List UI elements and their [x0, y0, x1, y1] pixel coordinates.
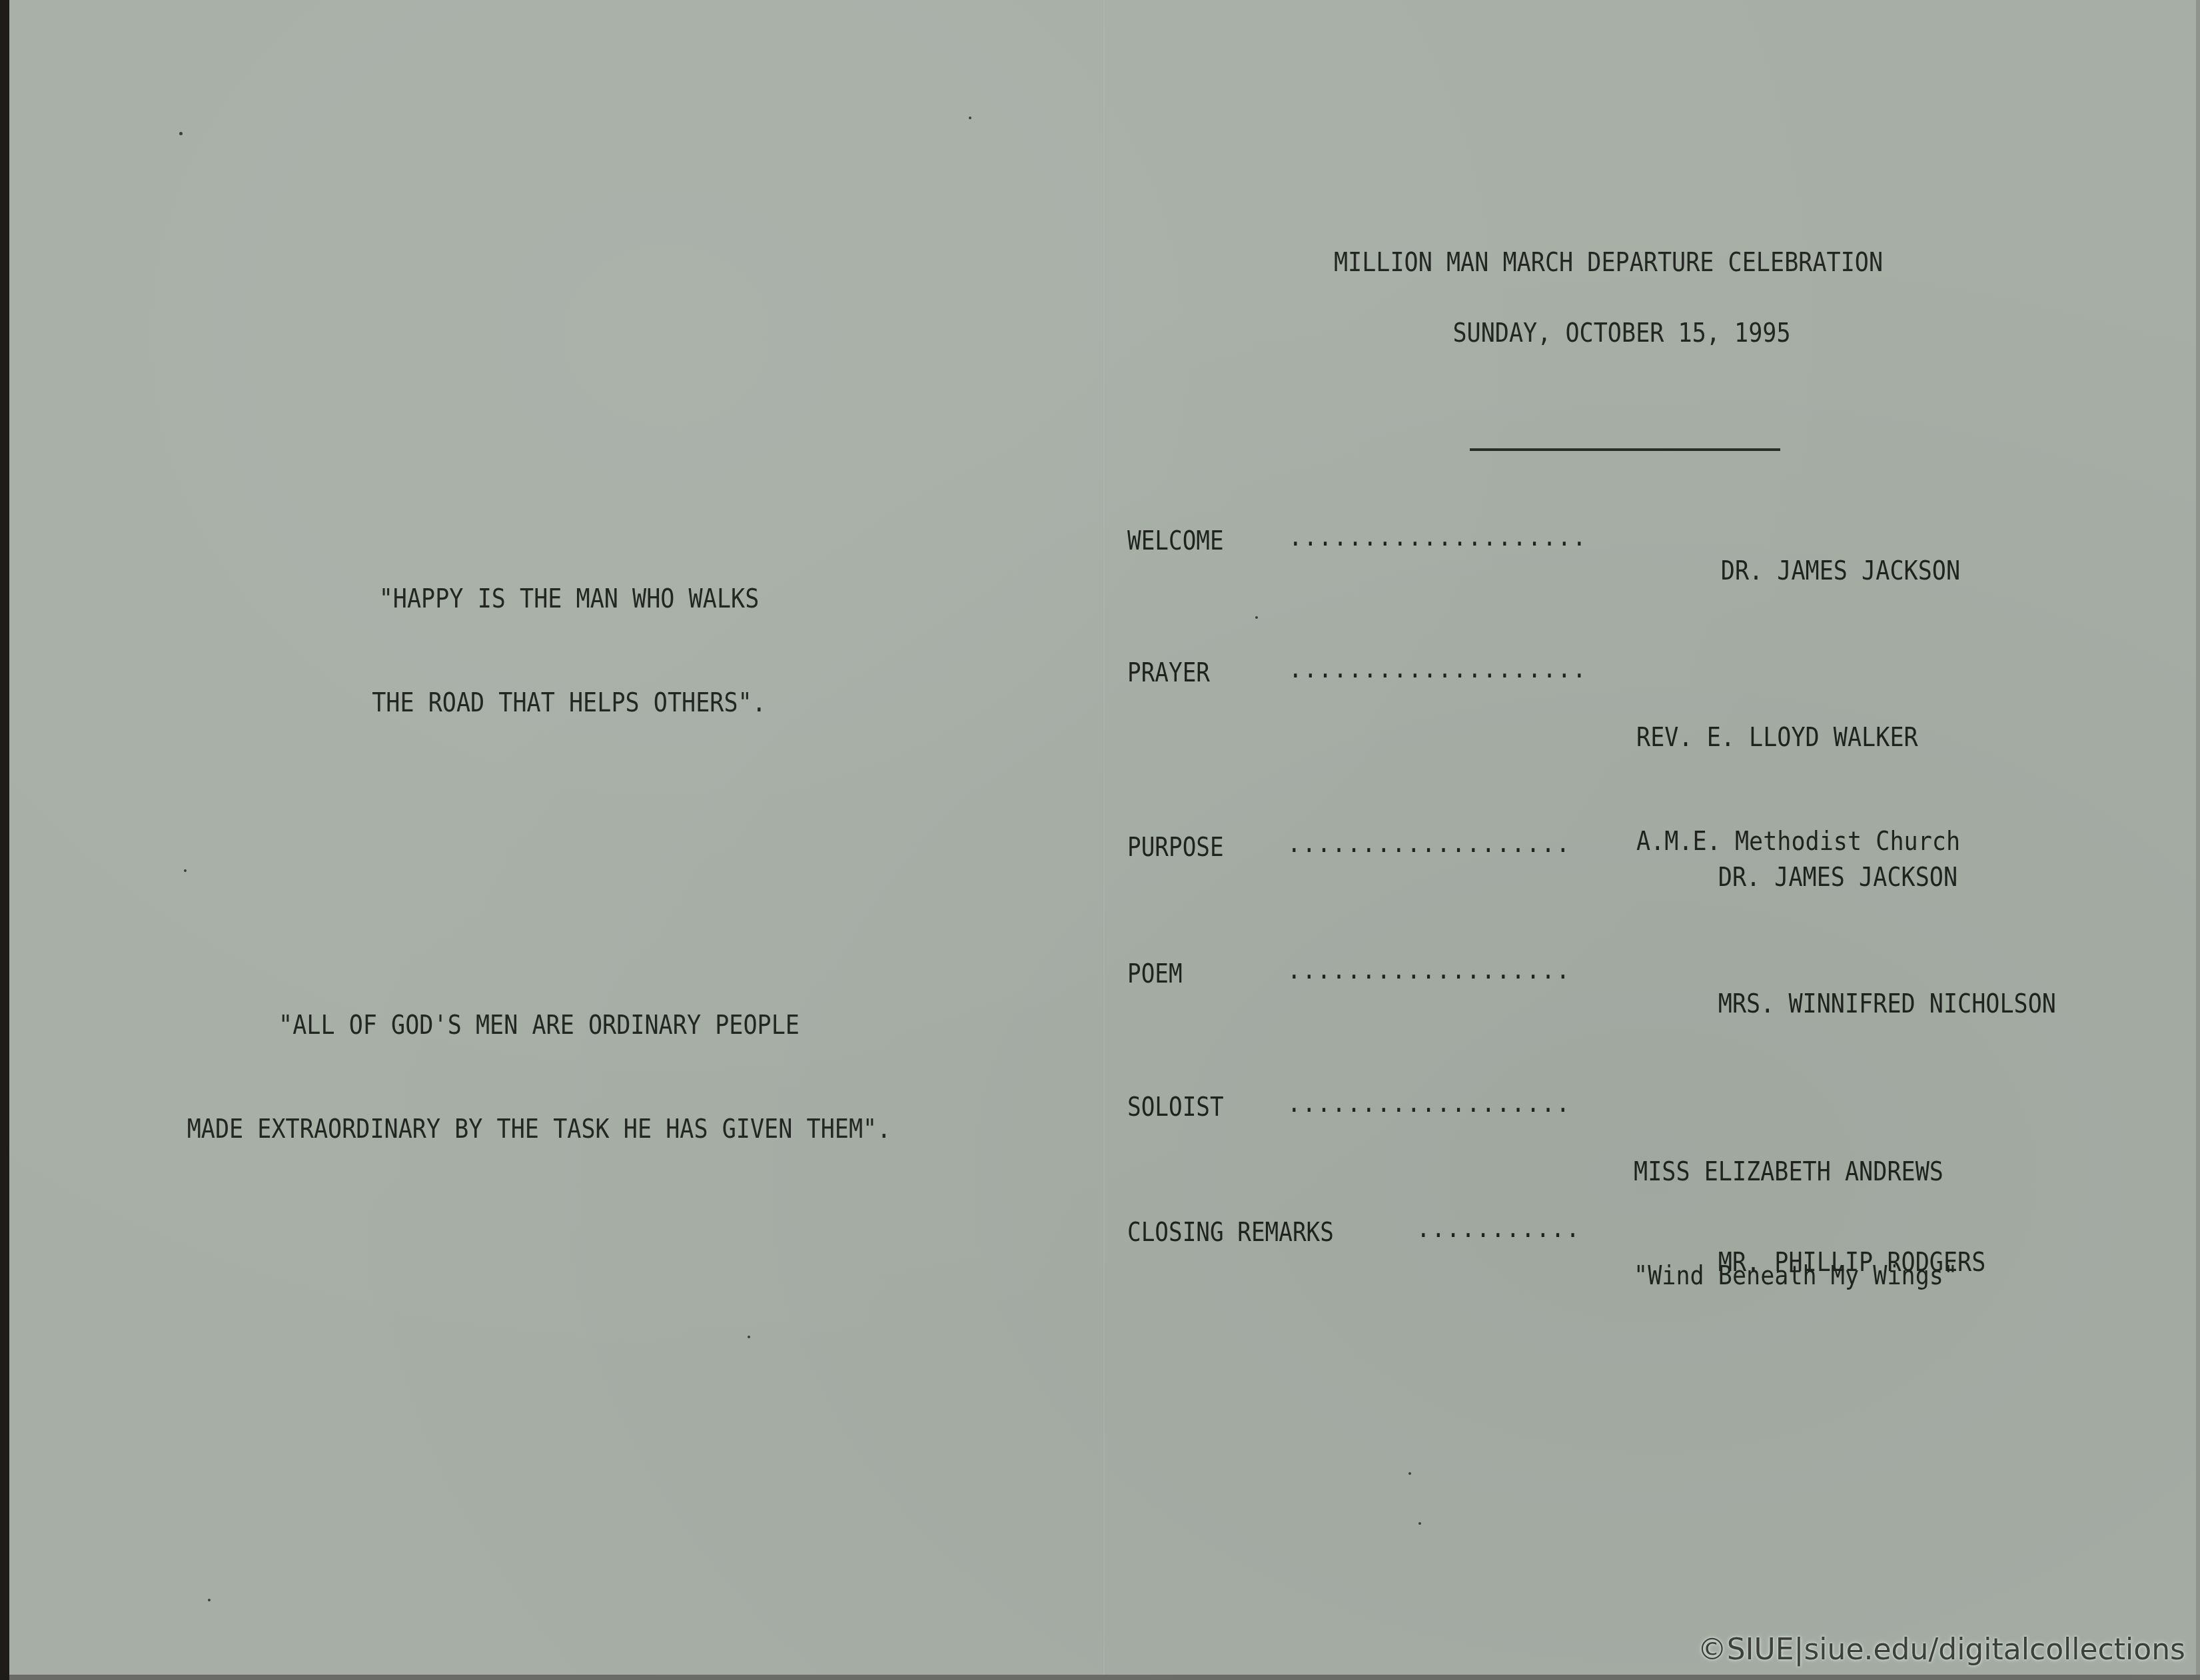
paper-speck — [184, 869, 187, 872]
person-name: MISS ELIZABETH ANDREWS — [1634, 1155, 1957, 1190]
quote-gods-men: "ALL OF GOD'S MEN ARE ORDINARY PEOPLE MA… — [153, 939, 926, 1216]
quote-line: "ALL OF GOD'S MEN ARE ORDINARY PEOPLE — [153, 1009, 926, 1043]
quote-happy-man: "HAPPY IS THE MAN WHO WALKS THE ROAD THA… — [329, 513, 809, 790]
program-row-soloist: SOLOIST ................... MISS ELIZABE… — [1127, 1092, 2093, 1172]
program-role: CLOSING REMARKS — [1127, 1218, 1334, 1248]
dot-leader: ................... — [1287, 829, 1571, 859]
person-name: REV. E. LLOYD WALKER — [1636, 721, 1960, 755]
quote-line: "HAPPY IS THE MAN WHO WALKS — [329, 582, 809, 617]
paper-speck — [969, 117, 971, 119]
paper-edge — [2196, 0, 2200, 1680]
program-person: DR. JAMES JACKSON — [1636, 520, 1960, 624]
person-name: MRS. WINNIFRED NICHOLSON — [1718, 989, 2056, 1019]
event-date: SUNDAY, OCTOBER 15, 1995 — [1430, 318, 1814, 348]
program-role: SOLOIST — [1127, 1092, 1224, 1122]
person-name: DR. JAMES JACKSON — [1718, 863, 1957, 893]
dot-leader: .................... — [1289, 654, 1587, 684]
program-person: MRS. WINNIFRED NICHOLSON — [1634, 953, 2056, 1056]
program-person: MR. PHILLIP RODGERS — [1634, 1211, 1985, 1315]
person-name: DR. JAMES JACKSON — [1721, 556, 1960, 586]
event-title: MILLION MAN MARCH DEPARTURE CELEBRATION — [1321, 248, 1896, 278]
paper-speck — [1408, 1472, 1411, 1475]
program-role: WELCOME — [1127, 526, 1224, 556]
program-role: PURPOSE — [1127, 833, 1224, 863]
quote-line: THE ROAD THAT HELPS OTHERS". — [329, 686, 809, 721]
paper-speck — [179, 132, 183, 135]
center-fold — [1103, 0, 1105, 1680]
program-role: PRAYER — [1127, 658, 1210, 688]
copyright-watermark: ©SIUE|siue.edu/digitalcollections — [1698, 1633, 2185, 1667]
program-role: POEM — [1127, 959, 1183, 989]
program-row-poem: POEM ................... MRS. WINNIFRED … — [1127, 959, 2093, 1039]
paper-speck — [748, 1336, 750, 1338]
person-name: MR. PHILLIP RODGERS — [1718, 1248, 1986, 1278]
quote-line: MADE EXTRAORDINARY BY THE TASK HE HAS GI… — [153, 1112, 926, 1147]
dot-leader: ........... — [1416, 1214, 1581, 1244]
program-row-welcome: WELCOME .................... DR. JAMES J… — [1127, 526, 2093, 606]
divider-rule — [1470, 448, 1780, 451]
paper-speck — [1418, 1522, 1421, 1525]
program-row-closing-remarks: CLOSING REMARKS ........... MR. PHILLIP … — [1127, 1218, 2093, 1298]
program-person: DR. JAMES JACKSON — [1634, 826, 1957, 930]
program-sheet: "HAPPY IS THE MAN WHO WALKS THE ROAD THA… — [9, 0, 2200, 1680]
paper-speck — [1255, 616, 1258, 619]
dot-leader: ................... — [1287, 1088, 1571, 1118]
paper-speck — [208, 1599, 211, 1601]
dot-leader: ................... — [1287, 955, 1571, 985]
dot-leader: .................... — [1289, 522, 1587, 552]
program-row-prayer: PRAYER .................... REV. E. LLOY… — [1127, 658, 2093, 738]
paper-bottom-edge — [9, 1675, 2200, 1680]
program-row-purpose: PURPOSE ................... DR. JAMES JA… — [1127, 833, 2093, 913]
